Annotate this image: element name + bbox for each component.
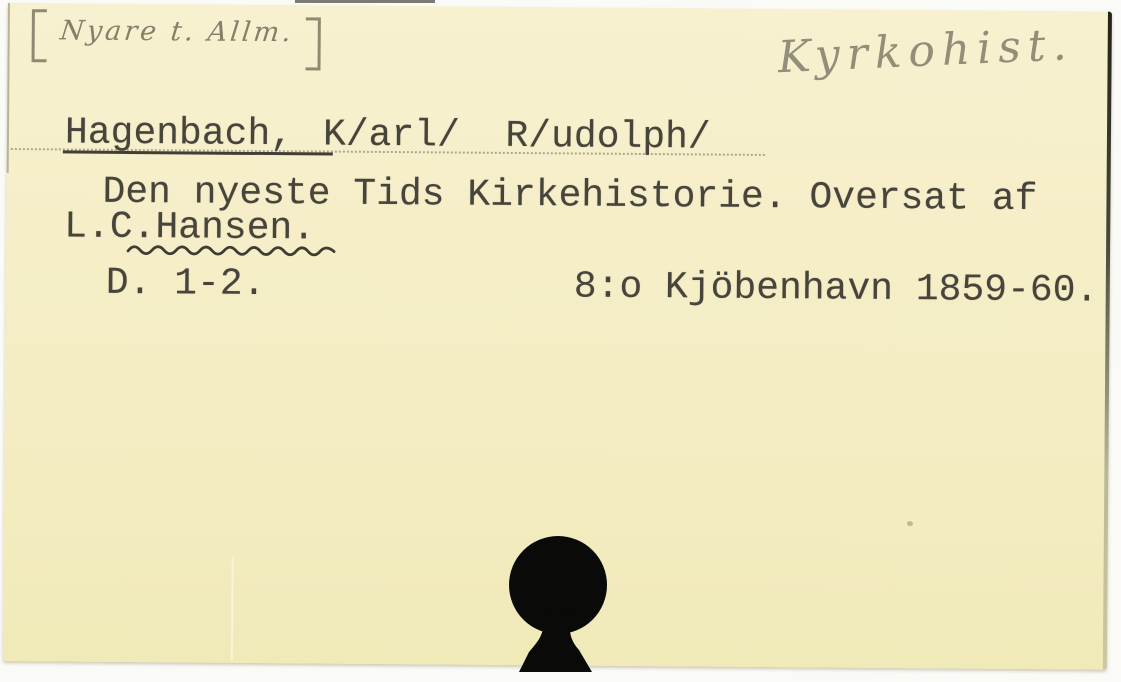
card-right-edge <box>1103 12 1112 670</box>
card-left-edge <box>7 3 10 173</box>
volume-statement: D. 1-2. <box>106 263 266 306</box>
scanner-artifact-line <box>295 0 435 3</box>
scanned-catalog-card-page: Nyare t. Allm. Kyrkohist. Hagenbach,K/ar… <box>0 0 1121 682</box>
classification-note-text: Nyare t. Allm. <box>45 7 309 48</box>
subject-heading-note: Kyrkohist. <box>777 17 1121 84</box>
card-speck <box>907 521 913 526</box>
right-bracket-mark <box>306 17 321 70</box>
card-crease <box>231 557 234 661</box>
wavy-underline <box>126 240 340 260</box>
imprint-statement: 8:o Kjöbenhavn 1859-60. <box>574 266 1099 312</box>
author-surname: Hagenbach, <box>65 111 293 156</box>
punch-hole <box>495 528 627 678</box>
classification-note: Nyare t. Allm. <box>31 7 321 70</box>
left-bracket-mark <box>32 9 47 62</box>
author-forenames: K/arl/ R/udolph/ <box>323 113 711 159</box>
